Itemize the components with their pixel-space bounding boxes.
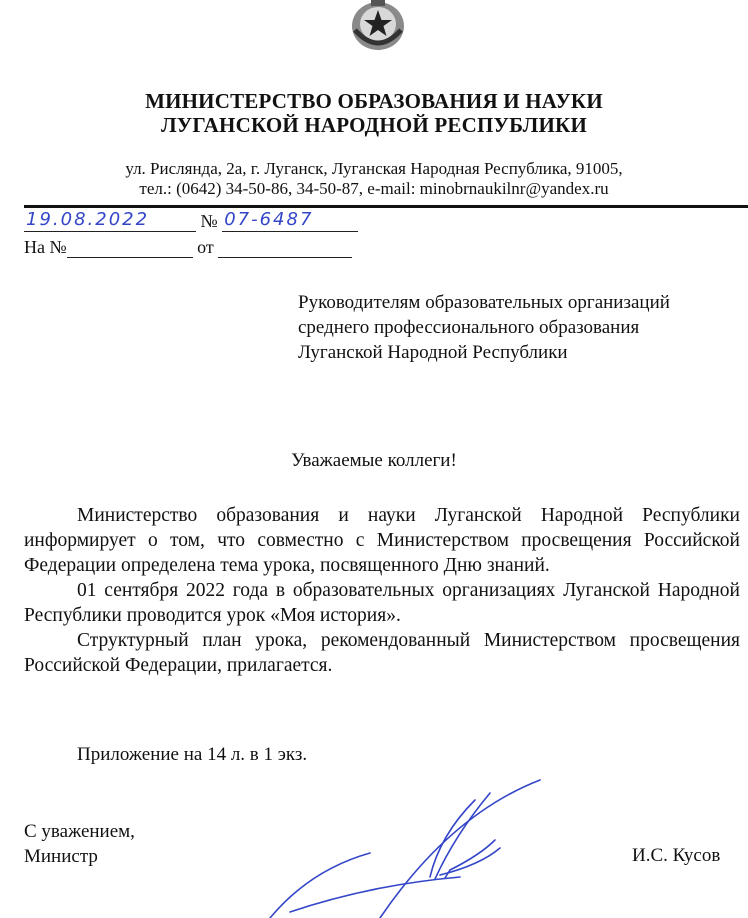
ministry-title-line2: ЛУГАНСКОЙ НАРОДНОЙ РЕСПУБЛИКИ (0, 113, 748, 137)
closing-block: С уважением, Министр (24, 819, 135, 869)
reply-date-field (218, 237, 352, 258)
from-label: от (197, 237, 214, 257)
addressee-line3: Луганской Народной Республики (298, 340, 738, 365)
attachment-note: Приложение на 14 л. в 1 экз. (77, 744, 307, 766)
body-paragraph: 01 сентября 2022 года в образовательных … (24, 578, 740, 628)
closing-salutation: С уважением, (24, 819, 135, 844)
date-field: 19.08.2022 (24, 211, 196, 232)
address-line1: ул. Рисляндa, 2а, г. Луганск, Луганская … (0, 159, 748, 179)
header-divider (24, 205, 748, 208)
addressee-block: Руководителям образовательных организаци… (298, 290, 738, 365)
signer-position: Министр (24, 844, 135, 869)
letter-body: Министерство образования и науки Луганск… (24, 503, 740, 678)
number-field: 07-6487 (222, 211, 358, 232)
outgoing-registration: 19.08.2022 № 07-6487 (24, 210, 358, 232)
contacts-line: тел.: (0642) 34-50-86, 34-50-87, e-mail:… (0, 179, 748, 199)
ministry-title: МИНИСТЕРСТВО ОБРАЗОВАНИЯ И НАУКИ ЛУГАНСК… (0, 89, 748, 137)
addressee-line1: Руководителям образовательных организаци… (298, 290, 738, 315)
number-label: № (201, 211, 218, 231)
addressee-line2: среднего профессионального образования (298, 315, 738, 340)
signer-name: И.С. Кусов (632, 845, 720, 867)
handwritten-number: 07-6487 (224, 209, 313, 231)
reply-to-label: На № (24, 237, 67, 257)
ministry-address: ул. Рисляндa, 2а, г. Луганск, Луганская … (0, 159, 748, 199)
body-paragraph: Министерство образования и науки Луганск… (24, 503, 740, 578)
greeting: Уважаемые коллеги! (0, 450, 748, 472)
state-emblem-icon (347, 0, 409, 52)
body-paragraph: Структурный план урока, рекомендованный … (24, 628, 740, 678)
ministry-title-line1: МИНИСТЕРСТВО ОБРАЗОВАНИЯ И НАУКИ (0, 89, 748, 113)
incoming-reference: На № от (24, 236, 352, 258)
handwritten-date: 19.08.2022 (26, 209, 149, 231)
reply-number-field (67, 237, 193, 258)
signature-icon (250, 775, 550, 918)
